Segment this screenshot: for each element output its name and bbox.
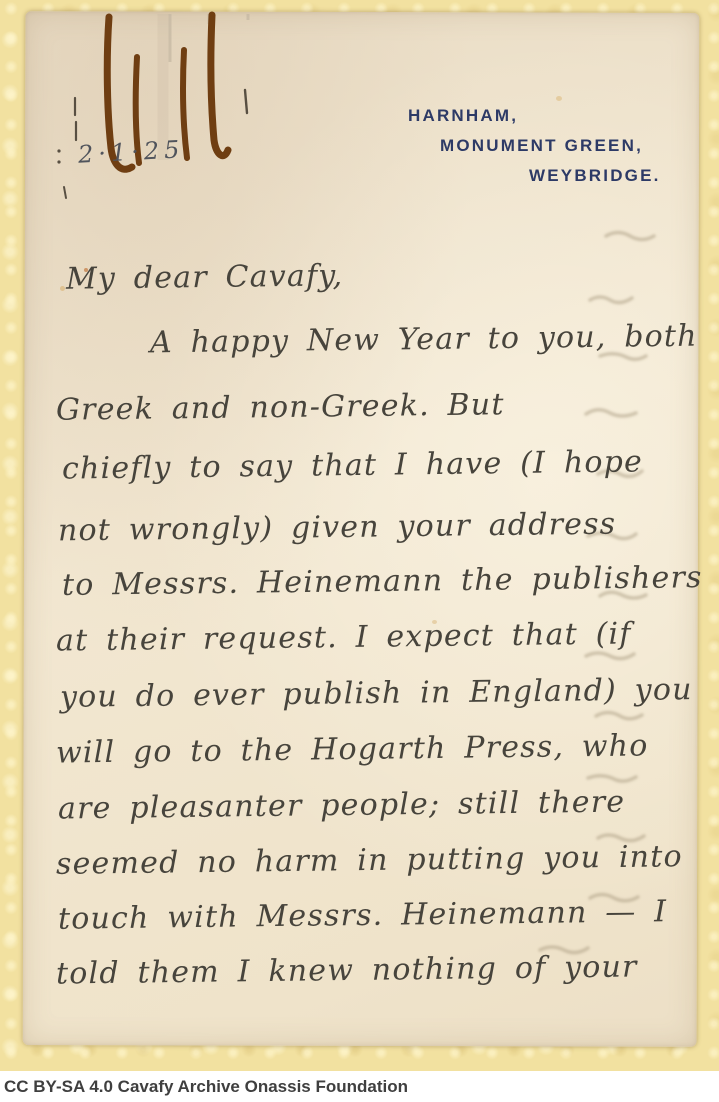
license-text: CC BY-SA 4.0 Cavafy Archive Onassis Foun… <box>0 1077 408 1097</box>
foxing-speck <box>556 96 562 101</box>
credit-bar: CC BY-SA 4.0 Cavafy Archive Onassis Foun… <box>0 1071 719 1102</box>
letterhead-line-2: MONUMENT GREEN, <box>440 136 643 156</box>
handwritten-date: 2·1·25 <box>77 135 185 169</box>
scan-background: HARNHAM, MONUMENT GREEN, WEYBRIDGE. 2·1·… <box>0 0 719 1071</box>
letterhead-line-1: HARNHAM, <box>408 106 518 126</box>
letterhead-line-3: WEYBRIDGE. <box>529 166 661 186</box>
foxing-speck <box>84 268 88 272</box>
foxing-speck <box>60 286 65 291</box>
foxing-speck <box>432 620 437 624</box>
